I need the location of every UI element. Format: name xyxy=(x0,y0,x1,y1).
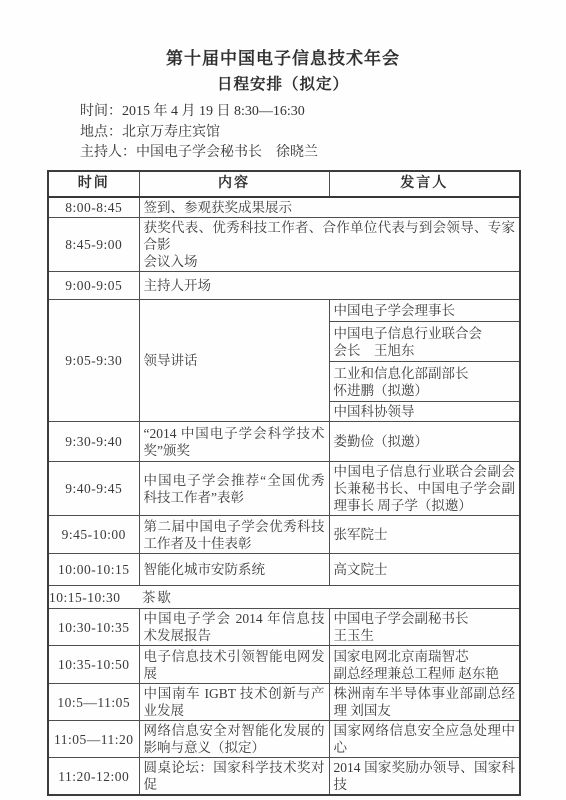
column-header-speaker: 发言人 xyxy=(329,171,520,197)
time-cell: 10:35-10:50 xyxy=(48,646,139,684)
time-cell: 9:00-9:05 xyxy=(48,272,139,300)
content-cell: 圆桌论坛：国家科学技术奖对促 xyxy=(139,758,329,796)
time-cell: 9:05-9:30 xyxy=(48,300,139,422)
content-cell: “2014 中国电子学会科学技术奖”颁奖 xyxy=(139,422,329,462)
table-row: 10:00-10:15 智能化城市安防系统 高文院士 xyxy=(48,554,520,586)
speaker-cell: 中国电子信息行业联合会 会长 王旭东 xyxy=(329,322,520,362)
speaker-cell: 高文院士 xyxy=(329,554,520,586)
time-cell: 9:30-9:40 xyxy=(48,422,139,462)
speaker-line: 副总经理兼总工程师 赵东艳 xyxy=(334,665,516,682)
content-cell: 主持人开场 xyxy=(139,272,520,300)
table-row-break: 10:15-10:30 茶歇 xyxy=(48,586,520,609)
speaker-line: 会长 王旭东 xyxy=(334,342,516,359)
table-row: 8:00-8:45 签到、参观获奖成果展示 xyxy=(48,197,520,218)
schedule-table: 时间 内容 发言人 8:00-8:45 签到、参观获奖成果展示 8:45-9:0… xyxy=(47,170,521,797)
speaker-cell: 娄勤俭（拟邀） xyxy=(329,422,520,462)
speaker-line: 国家电网北京南瑞智芯 xyxy=(334,648,516,665)
content-cell: 智能化城市安防系统 xyxy=(139,554,329,586)
time-cell: 9:45-10:00 xyxy=(48,516,139,554)
table-row: 11:05—11:20 网络信息安全对智能化发展的影响与意义（拟定） 国家网络信… xyxy=(48,721,520,758)
table-row: 9:30-9:40 “2014 中国电子学会科学技术奖”颁奖 娄勤俭（拟邀） xyxy=(48,422,520,462)
content-cell: 中国电子学会推荐“全国优秀科技工作者”表彰 xyxy=(139,462,329,516)
column-header-time: 时间 xyxy=(48,171,139,197)
break-cell: 10:15-10:30 茶歇 xyxy=(48,586,520,609)
content-line: 获奖代表、优秀科技工作者、合作单位代表与到会领导、专家合影 xyxy=(144,219,516,253)
speaker-cell: 工业和信息化部副部长 怀进鹏（拟邀） xyxy=(329,362,520,402)
break-time: 10:15-10:30 xyxy=(49,589,121,606)
info-host: 主持人：中国电子学会秘书长 徐晓兰 xyxy=(80,143,566,164)
table-row: 9:05-9:30 领导讲话 中国电子学会理事长 xyxy=(48,300,520,322)
time-cell: 8:00-8:45 xyxy=(48,197,139,218)
time-cell: 8:45-9:00 xyxy=(48,218,139,272)
info-time: 时间：2015 年 4 月 19 日 8:30—16:30 xyxy=(80,102,566,123)
page-title: 第十届中国电子信息技术年会 xyxy=(0,0,566,68)
page-subtitle: 日程安排（拟定） xyxy=(0,68,566,93)
speaker-cell: 2014 国家奖励办领导、国家科技 xyxy=(329,758,520,796)
content-cell: 签到、参观获奖成果展示 xyxy=(139,197,520,218)
table-row: 9:45-10:00 第二届中国电子学会优秀科技工作者及十佳表彰 张军院士 xyxy=(48,516,520,554)
table-row: 9:40-9:45 中国电子学会推荐“全国优秀科技工作者”表彰 中国电子信息行业… xyxy=(48,462,520,516)
content-cell: 网络信息安全对智能化发展的影响与意义（拟定） xyxy=(139,721,329,758)
time-cell: 10:5—11:05 xyxy=(48,684,139,721)
table-row: 10:35-10:50 电子信息技术引领智能电网发展 国家电网北京南瑞智芯 副总… xyxy=(48,646,520,684)
content-cell: 中国电子学会 2014 年信息技术发展报告 xyxy=(139,609,329,646)
time-cell: 11:05—11:20 xyxy=(48,721,139,758)
speaker-cell: 国家电网北京南瑞智芯 副总经理兼总工程师 赵东艳 xyxy=(329,646,520,684)
table-row: 8:45-9:00 获奖代表、优秀科技工作者、合作单位代表与到会领导、专家合影 … xyxy=(48,218,520,272)
table-header-row: 时间 内容 发言人 xyxy=(48,171,520,197)
time-cell: 11:20-12:00 xyxy=(48,758,139,796)
table-row: 9:00-9:05 主持人开场 xyxy=(48,272,520,300)
column-header-content: 内容 xyxy=(139,171,329,197)
info-location: 地点：北京万寿庄宾馆 xyxy=(80,123,566,144)
table-row: 11:20-12:00 圆桌论坛：国家科学技术奖对促 2014 国家奖励办领导、… xyxy=(48,758,520,796)
speaker-line: 中国电子学会副秘书长 xyxy=(334,610,516,627)
speaker-cell: 中国电子信息行业联合会副会长兼秘书长、中国电子学会副理事长 周子学（拟邀） xyxy=(329,462,520,516)
time-cell: 10:30-10:35 xyxy=(48,609,139,646)
speaker-line: 王玉生 xyxy=(334,627,516,644)
speaker-cell: 国家网络信息安全应急处理中心 xyxy=(329,721,520,758)
speaker-cell: 中国电子学会副秘书长 王玉生 xyxy=(329,609,520,646)
speaker-cell: 中国电子学会理事长 xyxy=(329,300,520,322)
table-row: 10:5—11:05 中国南车 IGBT 技术创新与产业发展 株洲南车半导体事业… xyxy=(48,684,520,721)
speaker-line: 工业和信息化部副部长 xyxy=(334,365,516,382)
speaker-cell: 张军院士 xyxy=(329,516,520,554)
content-cell: 领导讲话 xyxy=(139,300,329,422)
break-label: 茶歇 xyxy=(142,589,173,606)
speaker-cell: 中国科协领导 xyxy=(329,402,520,422)
content-cell: 中国南车 IGBT 技术创新与产业发展 xyxy=(139,684,329,721)
table-row: 10:30-10:35 中国电子学会 2014 年信息技术发展报告 中国电子学会… xyxy=(48,609,520,646)
speaker-line: 怀进鹏（拟邀） xyxy=(334,382,516,399)
time-cell: 9:40-9:45 xyxy=(48,462,139,516)
content-cell: 第二届中国电子学会优秀科技工作者及十佳表彰 xyxy=(139,516,329,554)
document-page: 第十届中国电子信息技术年会 日程安排（拟定） 时间：2015 年 4 月 19 … xyxy=(0,0,566,800)
content-line: 会议入场 xyxy=(144,253,516,270)
content-cell: 获奖代表、优秀科技工作者、合作单位代表与到会领导、专家合影 会议入场 xyxy=(139,218,520,272)
time-cell: 10:00-10:15 xyxy=(48,554,139,586)
speaker-line: 中国电子信息行业联合会 xyxy=(334,325,516,342)
speaker-cell: 株洲南车半导体事业部副总经理 刘国友 xyxy=(329,684,520,721)
content-cell: 电子信息技术引领智能电网发展 xyxy=(139,646,329,684)
meeting-info: 时间：2015 年 4 月 19 日 8:30—16:30 地点：北京万寿庄宾馆… xyxy=(80,102,566,164)
